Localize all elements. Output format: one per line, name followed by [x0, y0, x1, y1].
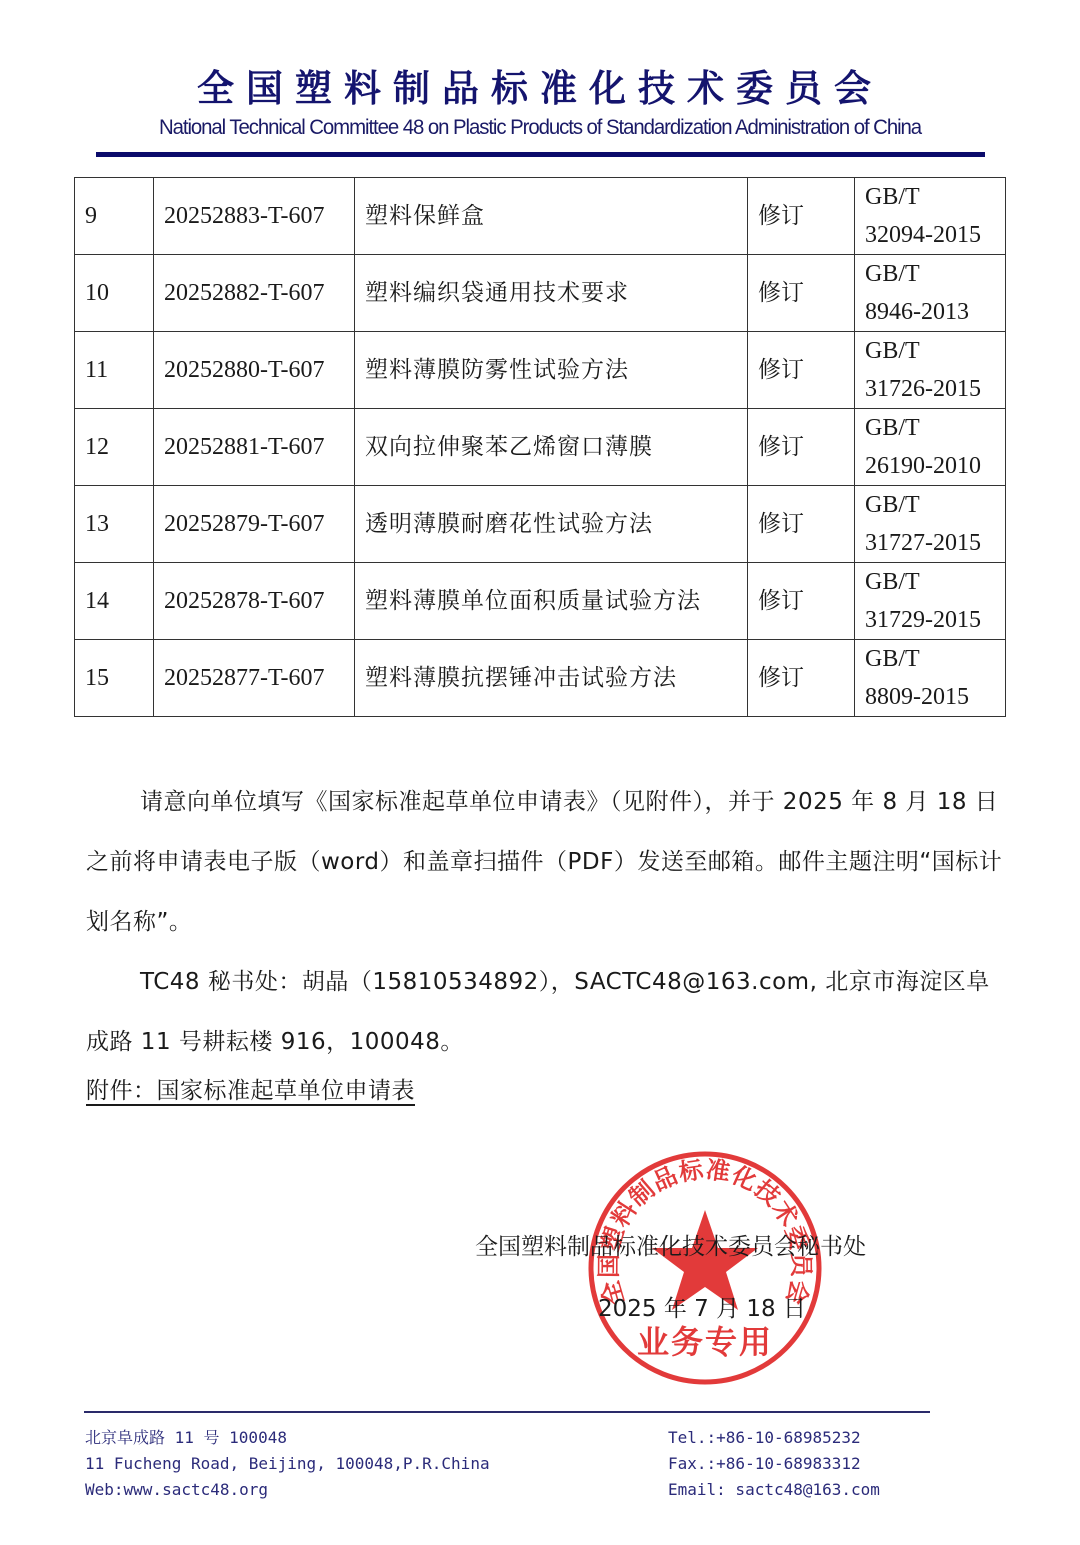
revision-type: 修订 [748, 486, 855, 563]
standard-name: 双向拉伸聚苯乙烯窗口薄膜 [355, 409, 748, 486]
replaced-standard: GB/T31727-2015 [855, 486, 1006, 563]
fax: Fax.:+86-10-68983312 [668, 1451, 880, 1477]
ref-prefix: GB/T [865, 646, 920, 672]
committee-title-en: National Technical Committee 48 on Plast… [16, 116, 1064, 140]
official-seal: 全国塑料制品标准化技术委员会 业务专用 [585, 1148, 825, 1388]
committee-title-cn: 全国塑料制品标准化技术委员会 [0, 58, 1080, 112]
row-number: 12 [75, 409, 154, 486]
ref-number: 32094-2015 [865, 222, 981, 248]
table-row: 15 20252877-T-607 塑料薄膜抗摆锤冲击试验方法 修订 GB/T8… [75, 640, 1006, 717]
replaced-standard: GB/T8946-2013 [855, 255, 1006, 332]
address-cn: 北京阜成路 11 号 100048 [85, 1425, 490, 1451]
ref-number: 31726-2015 [865, 376, 981, 402]
seal-bottom-text: 业务专用 [637, 1323, 773, 1361]
row-number: 11 [75, 332, 154, 409]
telephone: Tel.:+86-10-68985232 [668, 1425, 880, 1451]
ref-number: 26190-2010 [865, 453, 981, 479]
revision-type: 修订 [748, 640, 855, 717]
footer-divider [84, 1411, 930, 1413]
ref-number: 8809-2015 [865, 684, 969, 710]
ref-prefix: GB/T [865, 569, 920, 595]
standard-name: 塑料编织袋通用技术要求 [355, 255, 748, 332]
table-row: 13 20252879-T-607 透明薄膜耐磨花性试验方法 修订 GB/T31… [75, 486, 1006, 563]
revision-type: 修订 [748, 332, 855, 409]
plan-code: 20252879-T-607 [154, 486, 355, 563]
standards-table: 9 20252883-T-607 塑料保鲜盒 修订 GB/T32094-2015… [74, 177, 1006, 717]
attachment-link[interactable]: 附件：国家标准起草单位申请表 [86, 1072, 1006, 1105]
ref-prefix: GB/T [865, 492, 920, 518]
replaced-standard: GB/T32094-2015 [855, 178, 1006, 255]
standard-name: 塑料薄膜抗摆锤冲击试验方法 [355, 640, 748, 717]
address-en: 11 Fucheng Road, Beijing, 100048,P.R.Chi… [85, 1451, 490, 1477]
revision-type: 修订 [748, 409, 855, 486]
plan-code: 20252878-T-607 [154, 563, 355, 640]
standard-name: 透明薄膜耐磨花性试验方法 [355, 486, 748, 563]
ref-number: 8946-2013 [865, 299, 969, 325]
table-row: 11 20252880-T-607 塑料薄膜防雾性试验方法 修订 GB/T317… [75, 332, 1006, 409]
plan-code: 20252881-T-607 [154, 409, 355, 486]
table-row: 12 20252881-T-607 双向拉伸聚苯乙烯窗口薄膜 修订 GB/T26… [75, 409, 1006, 486]
plan-code: 20252882-T-607 [154, 255, 355, 332]
revision-type: 修订 [748, 255, 855, 332]
standard-name: 塑料薄膜单位面积质量试验方法 [355, 563, 748, 640]
ref-prefix: GB/T [865, 261, 920, 287]
application-instructions: 请意向单位填写《国家标准起草单位申请表》（见附件），并于 2025 年 8 月 … [86, 772, 1006, 952]
website[interactable]: Web:www.sactc48.org [85, 1477, 490, 1503]
header-divider [96, 152, 985, 157]
revision-type: 修订 [748, 563, 855, 640]
signature-date: 2025 年 7 月 18 日 [598, 1290, 806, 1323]
ref-prefix: GB/T [865, 415, 920, 441]
table-row: 14 20252878-T-607 塑料薄膜单位面积质量试验方法 修订 GB/T… [75, 563, 1006, 640]
secretariat-contact: TC48 秘书处：胡晶（15810534892），SACTC48@163.com… [86, 952, 1006, 1072]
plan-code: 20252877-T-607 [154, 640, 355, 717]
standard-name: 塑料薄膜防雾性试验方法 [355, 332, 748, 409]
row-number: 10 [75, 255, 154, 332]
table-row: 9 20252883-T-607 塑料保鲜盒 修订 GB/T32094-2015 [75, 178, 1006, 255]
table-row: 10 20252882-T-607 塑料编织袋通用技术要求 修订 GB/T894… [75, 255, 1006, 332]
ref-prefix: GB/T [865, 184, 920, 210]
revision-type: 修订 [748, 178, 855, 255]
row-number: 14 [75, 563, 154, 640]
signature-organization: 全国塑料制品标准化技术委员会秘书处 [475, 1228, 866, 1261]
row-number: 13 [75, 486, 154, 563]
ref-number: 31727-2015 [865, 530, 981, 556]
replaced-standard: GB/T31726-2015 [855, 332, 1006, 409]
footer-contact: Tel.:+86-10-68985232 Fax.:+86-10-6898331… [668, 1425, 880, 1503]
ref-prefix: GB/T [865, 338, 920, 364]
replaced-standard: GB/T8809-2015 [855, 640, 1006, 717]
row-number: 15 [75, 640, 154, 717]
replaced-standard: GB/T31729-2015 [855, 563, 1006, 640]
footer-address: 北京阜成路 11 号 100048 11 Fucheng Road, Beiji… [85, 1425, 490, 1503]
plan-code: 20252880-T-607 [154, 332, 355, 409]
replaced-standard: GB/T26190-2010 [855, 409, 1006, 486]
row-number: 9 [75, 178, 154, 255]
plan-code: 20252883-T-607 [154, 178, 355, 255]
email[interactable]: Email: sactc48@163.com [668, 1477, 880, 1503]
ref-number: 31729-2015 [865, 607, 981, 633]
standard-name: 塑料保鲜盒 [355, 178, 748, 255]
